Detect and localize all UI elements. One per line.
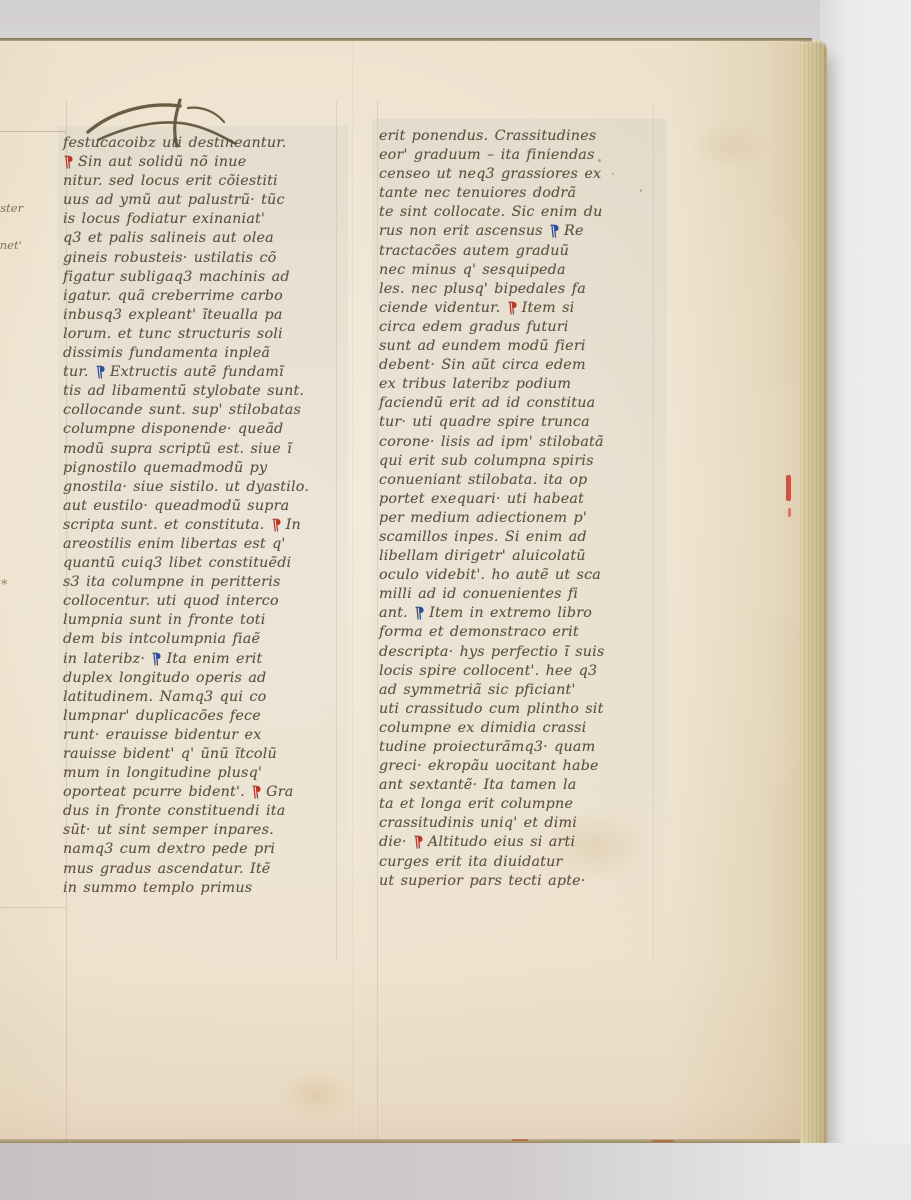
manuscript-text-line: nitur. sed locus erit cõiestiti (63, 172, 347, 191)
text-run: corone· lisis ad ipm' stilobatã (379, 434, 604, 450)
manuscript-text-line: collocande sunt. sup' stilobatas (63, 401, 347, 420)
text-run: ex tribus lateribz podium (379, 376, 571, 392)
manuscript-text-line: forma et demonstraco erit (379, 623, 669, 642)
text-column-right: erit ponendus. Crassitudineseor' graduum… (379, 127, 669, 891)
manuscript-text-line: tur· uti quadre spire trunca (379, 413, 669, 432)
manuscript-text-line: columpne disponende· queãd (63, 420, 347, 439)
blue-paraph-mark: ¶ (549, 224, 561, 239)
manuscript-text-line: quantũ cuiq3 libet constituẽdi (63, 554, 347, 573)
text-run: curges erit ita diuidatur (379, 854, 563, 870)
red-paraph-mark: ¶ (413, 835, 425, 850)
text-run: ad symmetriã sic pficiant' (379, 682, 576, 698)
manuscript-text-line: mum in longitudine plusq' (63, 764, 347, 783)
text-run: uus ad ymũ aut palustrũ· tũc (63, 192, 285, 208)
text-run: columpne disponende· queãd (63, 421, 283, 437)
manuscript-text-line: areostilis enim libertas est q' (63, 535, 347, 554)
text-run: censeo ut neq3 grassiores ex (379, 166, 601, 182)
manuscript-text-line: rus non erit ascensus ¶Re (379, 222, 669, 241)
text-run: mus gradus ascendatur. Itẽ (63, 861, 270, 877)
manuscript-text-line: ciende videntur. ¶Item si (379, 299, 669, 318)
manuscript-text-line: rauisse bident' q' ũnũ ĩtcolũ (63, 745, 347, 764)
manuscript-text-line: in lateribz· ¶Ita enim erit (63, 650, 347, 669)
text-run: in lateribz· (63, 651, 151, 667)
text-run: sũt· ut sint semper inpares. (63, 822, 274, 838)
bottom-edge-red-fleck-2 (652, 1140, 674, 1142)
manuscript-text-line: gineis robusteis· ustilatis cõ (63, 249, 347, 268)
backdrop-right (820, 0, 911, 1200)
manuscript-text-line: lumpnia sunt in fronte toti (63, 611, 347, 630)
text-run: lumpnar' duplicacões fece (63, 708, 261, 724)
manuscript-text-line: descripta· hys perfectio ĩ suis (379, 643, 669, 662)
text-run: debent· Sin aũt circa edem (379, 357, 586, 373)
text-run: tante nec tenuiores dodrã (379, 185, 576, 201)
text-run: columpne ex dimidia crassi (379, 720, 586, 736)
ruling-line-vertical-3 (377, 101, 378, 1141)
text-run: In (286, 517, 301, 533)
red-paraph-mark: ¶ (251, 785, 263, 800)
manuscript-text-line: mus gradus ascendatur. Itẽ (63, 860, 347, 879)
manuscript-text-line: libellam dirigetr' aluicolatũ (379, 547, 669, 566)
text-run: mum in longitudine plusq' (63, 765, 262, 781)
page-crease (352, 41, 354, 1139)
text-run: die· (379, 834, 413, 850)
text-run: tis ad libamentũ stylobate sunt. (63, 383, 304, 399)
text-run: collocentur. uti quod interco (63, 593, 279, 609)
text-run: latitudinem. Namq3 qui co (63, 689, 266, 705)
text-run: dissimis fundamenta inpleã (63, 345, 270, 361)
text-run: uti crassitudo cum plintho sit (379, 701, 604, 717)
text-run: eor' graduum – ita finiendas (379, 147, 595, 163)
text-run: ta et longa erit columpne (379, 796, 573, 812)
manuscript-text-line: inbusq3 expleant' ĩteualla pa (63, 306, 347, 325)
text-run: sunt ad eundem modũ fieri (379, 338, 586, 354)
text-run: figatur subligaq3 machinis ad (63, 269, 290, 285)
text-run: tudine proiecturãmq3· quam (379, 739, 595, 755)
text-run: tur· uti quadre spire trunca (379, 414, 590, 430)
manuscript-text-line: dus in fronte constituendi ita (63, 802, 347, 821)
blue-paraph-mark: ¶ (95, 365, 107, 380)
red-paraph-mark: ¶ (271, 518, 283, 533)
text-run: te sint collocate. Sic enim du (379, 204, 602, 220)
manuscript-text-line: tractacões autem graduũ (379, 242, 669, 261)
text-run: oculo videbit'. ho autẽ ut sca (379, 567, 601, 583)
manuscript-text-line: milli ad id conuenientes fi (379, 585, 669, 604)
manuscript-text-line: dissimis fundamenta inpleã (63, 344, 347, 363)
manuscript-text-line: te sint collocate. Sic enim du (379, 203, 669, 222)
text-run: nec minus q' sesquipeda (379, 262, 566, 278)
text-run: ant sextantẽ· Ita tamen la (379, 777, 576, 793)
text-run: forma et demonstraco erit (379, 624, 579, 640)
text-run: Item si (522, 300, 575, 316)
manuscript-text-line: gnostila· siue sistilo. ut dyastilo. (63, 478, 347, 497)
text-run: Sin aut solidũ nõ inue (78, 154, 246, 170)
text-run: portet exequari· uti habeat (379, 491, 584, 507)
stain-bottom-center (282, 1071, 352, 1119)
red-paraph-mark: ¶ (507, 301, 519, 316)
text-run: ut superior pars tecti apte· (379, 873, 586, 889)
manuscript-text-line: sũt· ut sint semper inpares. (63, 821, 347, 840)
text-run: festucacoibz uti destineantur. (63, 135, 287, 151)
manuscript-text-line: s3 ita columpne in peritteris (63, 573, 347, 592)
text-run: milli ad id conuenientes fi (379, 586, 578, 602)
text-run: per medium adiectionem p' (379, 510, 587, 526)
margin-note-1: auster (0, 201, 23, 215)
manuscript-text-line: runt· erauisse bidentur ex (63, 726, 347, 745)
manuscript-text-line: curges erit ita diuidatur (379, 853, 669, 872)
text-run: namq3 cum dextro pede pri (63, 841, 275, 857)
margin-star-mark: * (1, 578, 8, 593)
text-run: conueniant stilobata. ita op (379, 472, 587, 488)
parchment-page: festucacoibz uti destineantur.¶Sin aut s… (0, 41, 800, 1139)
text-run: dus in fronte constituendi ita (63, 803, 285, 819)
text-run: scripta sunt. et constituta. (63, 517, 271, 533)
manuscript-text-line: q3 et palis salineis aut olea (63, 229, 347, 248)
manuscript-text-line: in summo templo primus (63, 879, 347, 898)
text-run: erit ponendus. Crassitudines (379, 128, 596, 144)
text-run: igatur. quã creberrime carbo (63, 288, 283, 304)
manuscript-text-line: per medium adiectionem p' (379, 509, 669, 528)
manuscript-text-line: uti crassitudo cum plintho sit (379, 700, 669, 719)
manuscript-text-line: dem bis intcolumpnia fiaẽ (63, 630, 347, 649)
manuscript-text-line: aut eustilo· queadmodũ supra (63, 497, 347, 516)
text-run: duplex longitudo operis ad (63, 670, 266, 686)
manuscript-text-line: namq3 cum dextro pede pri (63, 840, 347, 859)
manuscript-text-line: nec minus q' sesquipeda (379, 261, 669, 280)
manuscript-text-line: portet exequari· uti habeat (379, 490, 669, 509)
manuscript-text-line: ant sextantẽ· Ita tamen la (379, 776, 669, 795)
manuscript-text-line: modũ supra scriptũ est. siue ĩ (63, 440, 347, 459)
stain-top-right (690, 121, 770, 171)
manuscript-text-line: tis ad libamentũ stylobate sunt. (63, 382, 347, 401)
text-run: areostilis enim libertas est q' (63, 536, 286, 552)
text-run: libellam dirigetr' aluicolatũ (379, 548, 586, 564)
manuscript-text-line: ta et longa erit columpne (379, 795, 669, 814)
text-run: Re (564, 223, 584, 239)
manuscript-text-line: is locus fodiatur exinaniat' (63, 210, 347, 229)
bottom-edge-red-fleck-1 (512, 1139, 528, 1141)
manuscript-text-line: circa edem gradus futuri (379, 318, 669, 337)
text-run: gnostila· siue sistilo. ut dyastilo. (63, 479, 309, 495)
text-run: in summo templo primus (63, 880, 252, 896)
text-run: aut eustilo· queadmodũ supra (63, 498, 289, 514)
manuscript-text-line: debent· Sin aũt circa edem (379, 356, 669, 375)
ruling-line-horizontal-top (0, 131, 66, 132)
text-run: pignostilo quemadmodũ py (63, 460, 267, 476)
manuscript-text-line: eor' graduum – ita finiendas (379, 146, 669, 165)
manuscript-text-line: qui erit sub columpna spiris (379, 452, 669, 471)
text-run: dem bis intcolumpnia fiaẽ (63, 631, 260, 647)
text-run: les. nec plusq' bipedales fa (379, 281, 586, 297)
fore-edge-page-stack (796, 40, 827, 1152)
text-run: runt· erauisse bidentur ex (63, 727, 261, 743)
manuscript-book: festucacoibz uti destineantur.¶Sin aut s… (0, 38, 828, 1152)
manuscript-text-line: censeo ut neq3 grassiores ex (379, 165, 669, 184)
text-run: circa edem gradus futuri (379, 319, 569, 335)
text-run: collocande sunt. sup' stilobatas (63, 402, 301, 418)
margin-note-2: manet' (0, 238, 22, 252)
manuscript-text-line: ex tribus lateribz podium (379, 375, 669, 394)
manuscript-text-line: duplex longitudo operis ad (63, 669, 347, 688)
manuscript-text-line: erit ponendus. Crassitudines (379, 127, 669, 146)
blue-paraph-mark: ¶ (414, 606, 426, 621)
text-run: quantũ cuiq3 libet constituẽdi (63, 555, 291, 571)
text-run: descripta· hys perfectio ĩ suis (379, 644, 605, 660)
manuscript-text-line: oporteat pcurre bident'. ¶Gra (63, 783, 347, 802)
text-run: rauisse bident' q' ũnũ ĩtcolũ (63, 746, 277, 762)
red-paraph-mark: ¶ (63, 155, 75, 170)
text-run: qui erit sub columpna spiris (379, 453, 594, 469)
manuscript-text-line: uus ad ymũ aut palustrũ· tũc (63, 191, 347, 210)
blue-paraph-mark: ¶ (152, 652, 164, 667)
manuscript-text-line: conueniant stilobata. ita op (379, 471, 669, 490)
text-run: lumpnia sunt in fronte toti (63, 612, 265, 628)
photograph-scene: festucacoibz uti destineantur.¶Sin aut s… (0, 0, 911, 1200)
text-run: tractacões autem graduũ (379, 243, 569, 259)
text-run: nitur. sed locus erit cõiestiti (63, 173, 278, 189)
manuscript-text-line: lumpnar' duplicacões fece (63, 707, 347, 726)
manuscript-text-line: locis spire collocent'. hee q3 (379, 662, 669, 681)
text-run: locis spire collocent'. hee q3 (379, 663, 597, 679)
text-run: greci· ekropãu uocitant habe (379, 758, 599, 774)
text-run: tur. (63, 364, 95, 380)
manuscript-text-line: scripta sunt. et constituta. ¶In (63, 516, 347, 535)
fore-edge-red-mark-small (788, 508, 791, 517)
text-run: Ita enim erit (166, 651, 262, 667)
text-run: modũ supra scriptũ est. siue ĩ (63, 441, 292, 457)
manuscript-text-line: figatur subligaq3 machinis ad (63, 268, 347, 287)
text-run: faciendũ erit ad id constitua (379, 395, 595, 411)
manuscript-text-line: ¶Sin aut solidũ nõ inue (63, 153, 347, 172)
text-run: scamillos inpes. Si enim ad (379, 529, 587, 545)
manuscript-text-line: festucacoibz uti destineantur. (63, 134, 347, 153)
text-run: inbusq3 expleant' ĩteualla pa (63, 307, 283, 323)
manuscript-text-line: latitudinem. Namq3 qui co (63, 688, 347, 707)
text-run: Altitudo eius si arti (428, 834, 575, 850)
text-run: is locus fodiatur exinaniat' (63, 211, 265, 227)
manuscript-text-line: tudine proiecturãmq3· quam (379, 738, 669, 757)
manuscript-text-line: ut superior pars tecti apte· (379, 872, 669, 891)
manuscript-text-line: tur. ¶Extructis autẽ fundamĩ (63, 363, 347, 382)
manuscript-text-line: igatur. quã creberrime carbo (63, 287, 347, 306)
manuscript-text-line: crassitudinis uniq' et dimi (379, 814, 669, 833)
manuscript-text-line: lorum. et tunc structuris soli (63, 325, 347, 344)
text-run: rus non erit ascensus (379, 223, 549, 239)
text-run: s3 ita columpne in peritteris (63, 574, 281, 590)
manuscript-text-line: die· ¶Altitudo eius si arti (379, 833, 669, 852)
manuscript-text-line: pignostilo quemadmodũ py (63, 459, 347, 478)
text-run: oporteat pcurre bident'. (63, 784, 251, 800)
manuscript-text-line: tante nec tenuiores dodrã (379, 184, 669, 203)
manuscript-text-line: columpne ex dimidia crassi (379, 719, 669, 738)
manuscript-text-line: collocentur. uti quod interco (63, 592, 347, 611)
fore-edge-red-mark (786, 475, 791, 501)
text-run: Item in extremo libro (429, 605, 592, 621)
manuscript-text-line: les. nec plusq' bipedales fa (379, 280, 669, 299)
ruling-line-horizontal-bottom (0, 907, 66, 908)
backdrop-bottom (0, 1143, 911, 1200)
manuscript-text-line: faciendũ erit ad id constitua (379, 394, 669, 413)
text-run: lorum. et tunc structuris soli (63, 326, 283, 342)
manuscript-text-line: scamillos inpes. Si enim ad (379, 528, 669, 547)
text-run: ciende videntur. (379, 300, 507, 316)
text-run: gineis robusteis· ustilatis cõ (63, 250, 276, 266)
manuscript-text-line: corone· lisis ad ipm' stilobatã (379, 433, 669, 452)
manuscript-text-line: sunt ad eundem modũ fieri (379, 337, 669, 356)
text-run: Extructis autẽ fundamĩ (110, 364, 284, 380)
text-run: Gra (266, 784, 293, 800)
manuscript-text-line: ant. ¶Item in extremo libro (379, 604, 669, 623)
text-run: crassitudinis uniq' et dimi (379, 815, 577, 831)
fore-edge-leaf-lines (796, 40, 827, 1152)
text-run: ant. (379, 605, 414, 621)
manuscript-text-line: greci· ekropãu uocitant habe (379, 757, 669, 776)
manuscript-text-line: oculo videbit'. ho autẽ ut sca (379, 566, 669, 585)
text-run: q3 et palis salineis aut olea (63, 230, 274, 246)
text-column-left: festucacoibz uti destineantur.¶Sin aut s… (63, 134, 347, 898)
parchment-bottom-tint (0, 959, 800, 1139)
manuscript-text-line: ad symmetriã sic pficiant' (379, 681, 669, 700)
